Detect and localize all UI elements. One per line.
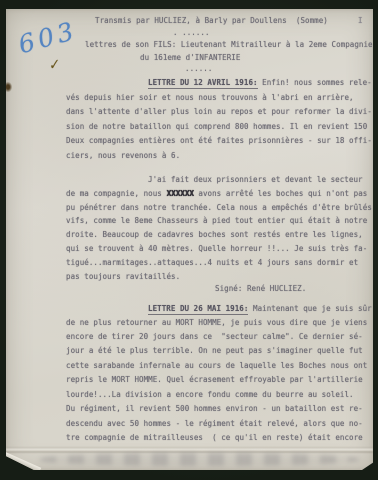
line-text: de ma compagnie, nous (66, 189, 166, 198)
letter1-heading-rest: Enfin! nous sommes rele- (258, 78, 372, 87)
ink-speck (4, 82, 12, 92)
ghost-ink-impression (40, 453, 359, 466)
page-number: I (358, 16, 363, 26)
letter-line: sion de notre bataillon qui comprend 800… (66, 122, 367, 132)
letter-line: Deux compagnies entières ont été faites … (66, 136, 372, 146)
letter2-heading-line: LETTRE DU 26 MAI 1916: Maintenant que je… (148, 304, 372, 314)
letter-line: dans l'attente d'aller plus loin au repo… (66, 107, 372, 117)
letter-line: Du régiment, il revient 500 hommes envir… (66, 404, 363, 414)
line-text: avons arrêté les boches qui n'ont pas (194, 189, 367, 198)
handwritten-archival-number: 603 (15, 16, 80, 59)
letter2-heading-rest: Maintenant que je suis sûr (248, 304, 371, 313)
letter-line: ciers, nous revenons à 6. (66, 151, 180, 161)
transmission-line: Transmis par HUCLIEZ, à Barly par Doulle… (95, 16, 328, 26)
letter-line: tigué...marmitages..attaques...4 nuits e… (66, 258, 358, 268)
struck-word: XXXXXX (166, 189, 193, 198)
subtitle-line-1: lettres de son FILS: Lieutenant Mitraill… (85, 40, 373, 50)
letter-line: pas toujours ravitaillés. (66, 272, 180, 282)
separator-dots-top: . ...... (173, 28, 210, 38)
letter-line: pu pénétrer dans notre tranchée. Cela no… (66, 203, 372, 213)
torn-corner-flap (0, 450, 41, 474)
letter1-heading: LETTRE DU 12 AVRIL 1916: (148, 78, 258, 89)
separator-dots-bottom: ...... (185, 64, 212, 74)
signature-line: Signé: René HUCLIEZ. (215, 284, 306, 294)
check-mark-icon: ✓ (50, 54, 59, 74)
subtitle-line-2: du 161eme d'INFANTERIE (140, 53, 240, 63)
letter-line: encore de tirer 20 jours dans ce "secteu… (66, 332, 363, 342)
letter-line: repris le MORT HOMME. Quel écrasement ef… (66, 375, 363, 385)
letter-line: de ne plus retourner au MORT HOMME, je p… (66, 318, 367, 328)
letter-line: tre compagnie de mitrailleuses ( ce qu'i… (66, 433, 363, 443)
letter-line: droite. Beaucoup de cadavres boches sont… (66, 230, 363, 240)
letter2-heading: LETTRE DU 26 MAI 1916: (148, 304, 248, 315)
letter-line: qui se trouvent à 40 mètres. Quelle horr… (66, 244, 367, 254)
letter-line: J'ai fait deux prisonniers et devant le … (148, 175, 363, 185)
letter-line-with-strikeout: de ma compagnie, nous XXXXXX avons arrêt… (66, 189, 367, 199)
letter1-heading-line: LETTRE DU 12 AVRIL 1916: Enfin! nous som… (148, 78, 372, 88)
letter-line: jour a été le plus terrible. On ne peut … (66, 346, 363, 356)
scanned-document-page: 603 ✓ Transmis par HUCLIEZ, à Barly par … (0, 0, 378, 480)
letter-line: vés depuis hier soir et nous nous trouvo… (66, 93, 354, 103)
letter-line: descendu avec 50 hommes - le régiment ét… (66, 419, 363, 429)
letter-line: cette sarabande infernale au cours de la… (66, 361, 367, 371)
letter-line: lourde!...La division a encore fondu com… (66, 390, 354, 400)
letter-line: vifs, comme le 8eme Chasseurs à pied tou… (66, 216, 367, 226)
paper-sheet: 603 ✓ Transmis par HUCLIEZ, à Barly par … (6, 9, 373, 470)
